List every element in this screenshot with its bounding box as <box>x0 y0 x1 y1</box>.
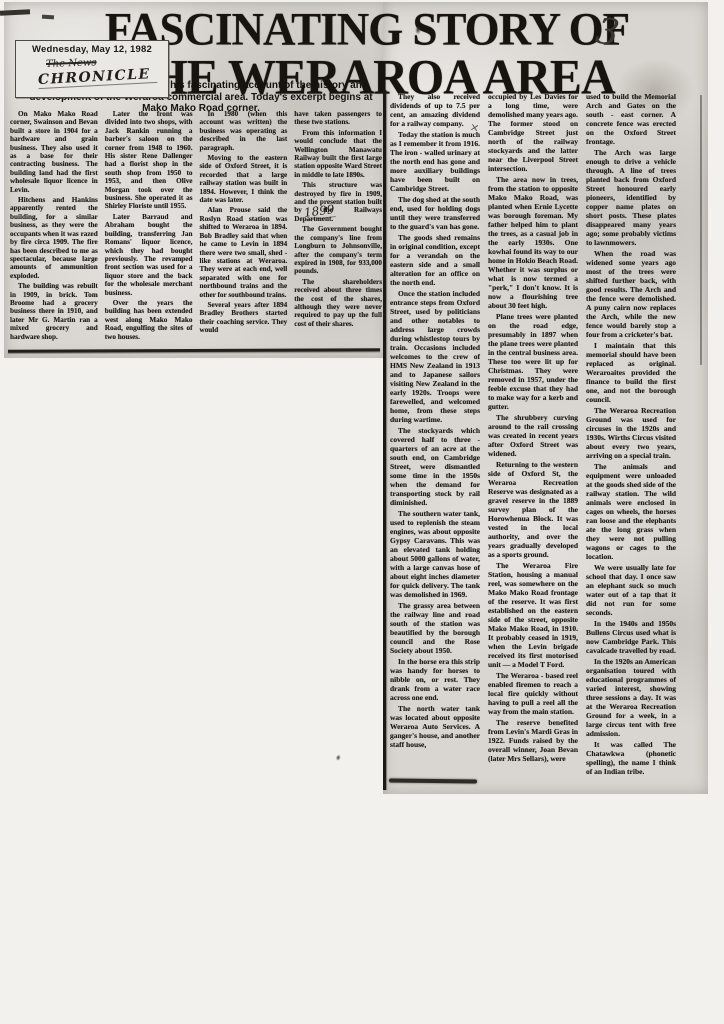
article-columns-upper-left: On Mako Mako Road corner, Swainson and B… <box>10 110 382 350</box>
article-column-4: have taken passengers to these two stati… <box>294 110 382 350</box>
article-column-2: Later the front was divided into two sho… <box>105 110 193 350</box>
article-paragraph: In 1980 (when this account was written) … <box>200 110 288 152</box>
masthead-date-stamp: Wednesday, May 12, 1982 The News CHRONIC… <box>15 40 169 98</box>
article-column-5: They also received dividends of up to 7.… <box>390 92 480 792</box>
article-paragraph: Later Barraud and Abraham bought the bui… <box>105 213 193 297</box>
article-paragraph: The Weraroa Recreation Ground was used f… <box>586 406 676 460</box>
article-column-7: used to build the Memorial Arch and Gate… <box>586 92 676 792</box>
article-paragraph: When the road was widened some years ago… <box>586 249 676 339</box>
article-paragraph: In the 1940s and 1950s Bullens Circus us… <box>586 619 676 655</box>
article-paragraph: I maintain that this memorial should hav… <box>586 341 676 404</box>
scan-smudge-bottom-center <box>333 753 344 764</box>
article-paragraph: The stockyards which covered half to thr… <box>390 426 480 507</box>
article-paragraph: The area now in trees, from the station … <box>488 175 578 310</box>
article-columns-right: They also received dividends of up to 7.… <box>390 92 702 792</box>
article-column-3: In 1980 (when this account was written) … <box>200 110 288 350</box>
article-paragraph: The shareholders received about three ti… <box>294 278 382 328</box>
article-paragraph: It was called The Chatawkwa (phonetic sp… <box>586 740 676 776</box>
article-paragraph: The north water tank was located about o… <box>390 704 480 749</box>
article-paragraph: The Weraroa Fire Station, housing a manu… <box>488 561 578 669</box>
article-paragraph: We were usually late for school that day… <box>586 563 676 617</box>
masthead-date: Wednesday, May 12, 1982 <box>20 44 164 55</box>
article-paragraph: Today the station is much as I remember … <box>390 130 480 193</box>
article-paragraph: Later the front was divided into two sho… <box>105 110 193 211</box>
article-paragraph: On Mako Mako Road corner, Swainson and B… <box>10 110 98 194</box>
article-column-1: On Mako Mako Road corner, Swainson and B… <box>10 110 98 350</box>
article-paragraph: The dog shed at the south end, used for … <box>390 195 480 231</box>
article-paragraph: occupied by Les Davies for a long time, … <box>488 92 578 173</box>
article-paragraph: The Government bought the company's line… <box>294 225 382 275</box>
article-paragraph: Returning to the western side of Oxford … <box>488 460 578 559</box>
article-paragraph: From this information I would conclude t… <box>294 129 382 179</box>
article-paragraph: Once the station included entrance steps… <box>390 289 480 424</box>
article-paragraph: The reserve benefited from Levin's Mardi… <box>488 718 578 763</box>
article-paragraph: The southern water tank, used to repleni… <box>390 509 480 599</box>
article-paragraph: In the 1920s an American organisation to… <box>586 657 676 738</box>
article-paragraph: Over the years the building has been ext… <box>105 299 193 341</box>
scanned-newspaper-page: FASCINATING STORY OF THE WERAROA AREA We… <box>0 0 724 1024</box>
article-paragraph: The Arch was large enough to drive a veh… <box>586 148 676 247</box>
article-paragraph: Plane trees were planted on the road edg… <box>488 312 578 411</box>
article-paragraph: The grassy area between the railway line… <box>390 601 480 655</box>
article-paragraph: Moving to the eastern side of Oxford Str… <box>200 154 288 204</box>
article-paragraph: They also received dividends of up to 7.… <box>390 92 480 128</box>
article-paragraph: Hitchens and Hankins apparently rented t… <box>10 196 98 280</box>
article-paragraph: used to build the Memorial Arch and Gate… <box>586 92 676 146</box>
article-paragraph: In the horse era this strip was handy fo… <box>390 657 480 702</box>
clipping-paste-edge-vertical <box>383 90 386 790</box>
article-paragraph: The animals and equipment were unloaded … <box>586 462 676 561</box>
article-paragraph: The Weraroa - based reel enabled firemen… <box>488 671 578 716</box>
article-paragraph: Several years after 1894 Bradley Brother… <box>200 301 288 335</box>
article-paragraph: The goods shed remains in original condi… <box>390 233 480 287</box>
scan-mark-top-left-2 <box>42 15 54 20</box>
scan-mark-top-center <box>414 24 422 36</box>
article-paragraph: The building was rebuilt in 1909, in bri… <box>10 282 98 341</box>
article-column-6: occupied by Les Davies for a long time, … <box>488 92 578 792</box>
article-paragraph: Alan Prouse said the Roslyn Road station… <box>200 206 288 298</box>
article-paragraph: The shrubbery curving around to the rail… <box>488 413 578 458</box>
clipping-right-edge <box>700 95 702 365</box>
